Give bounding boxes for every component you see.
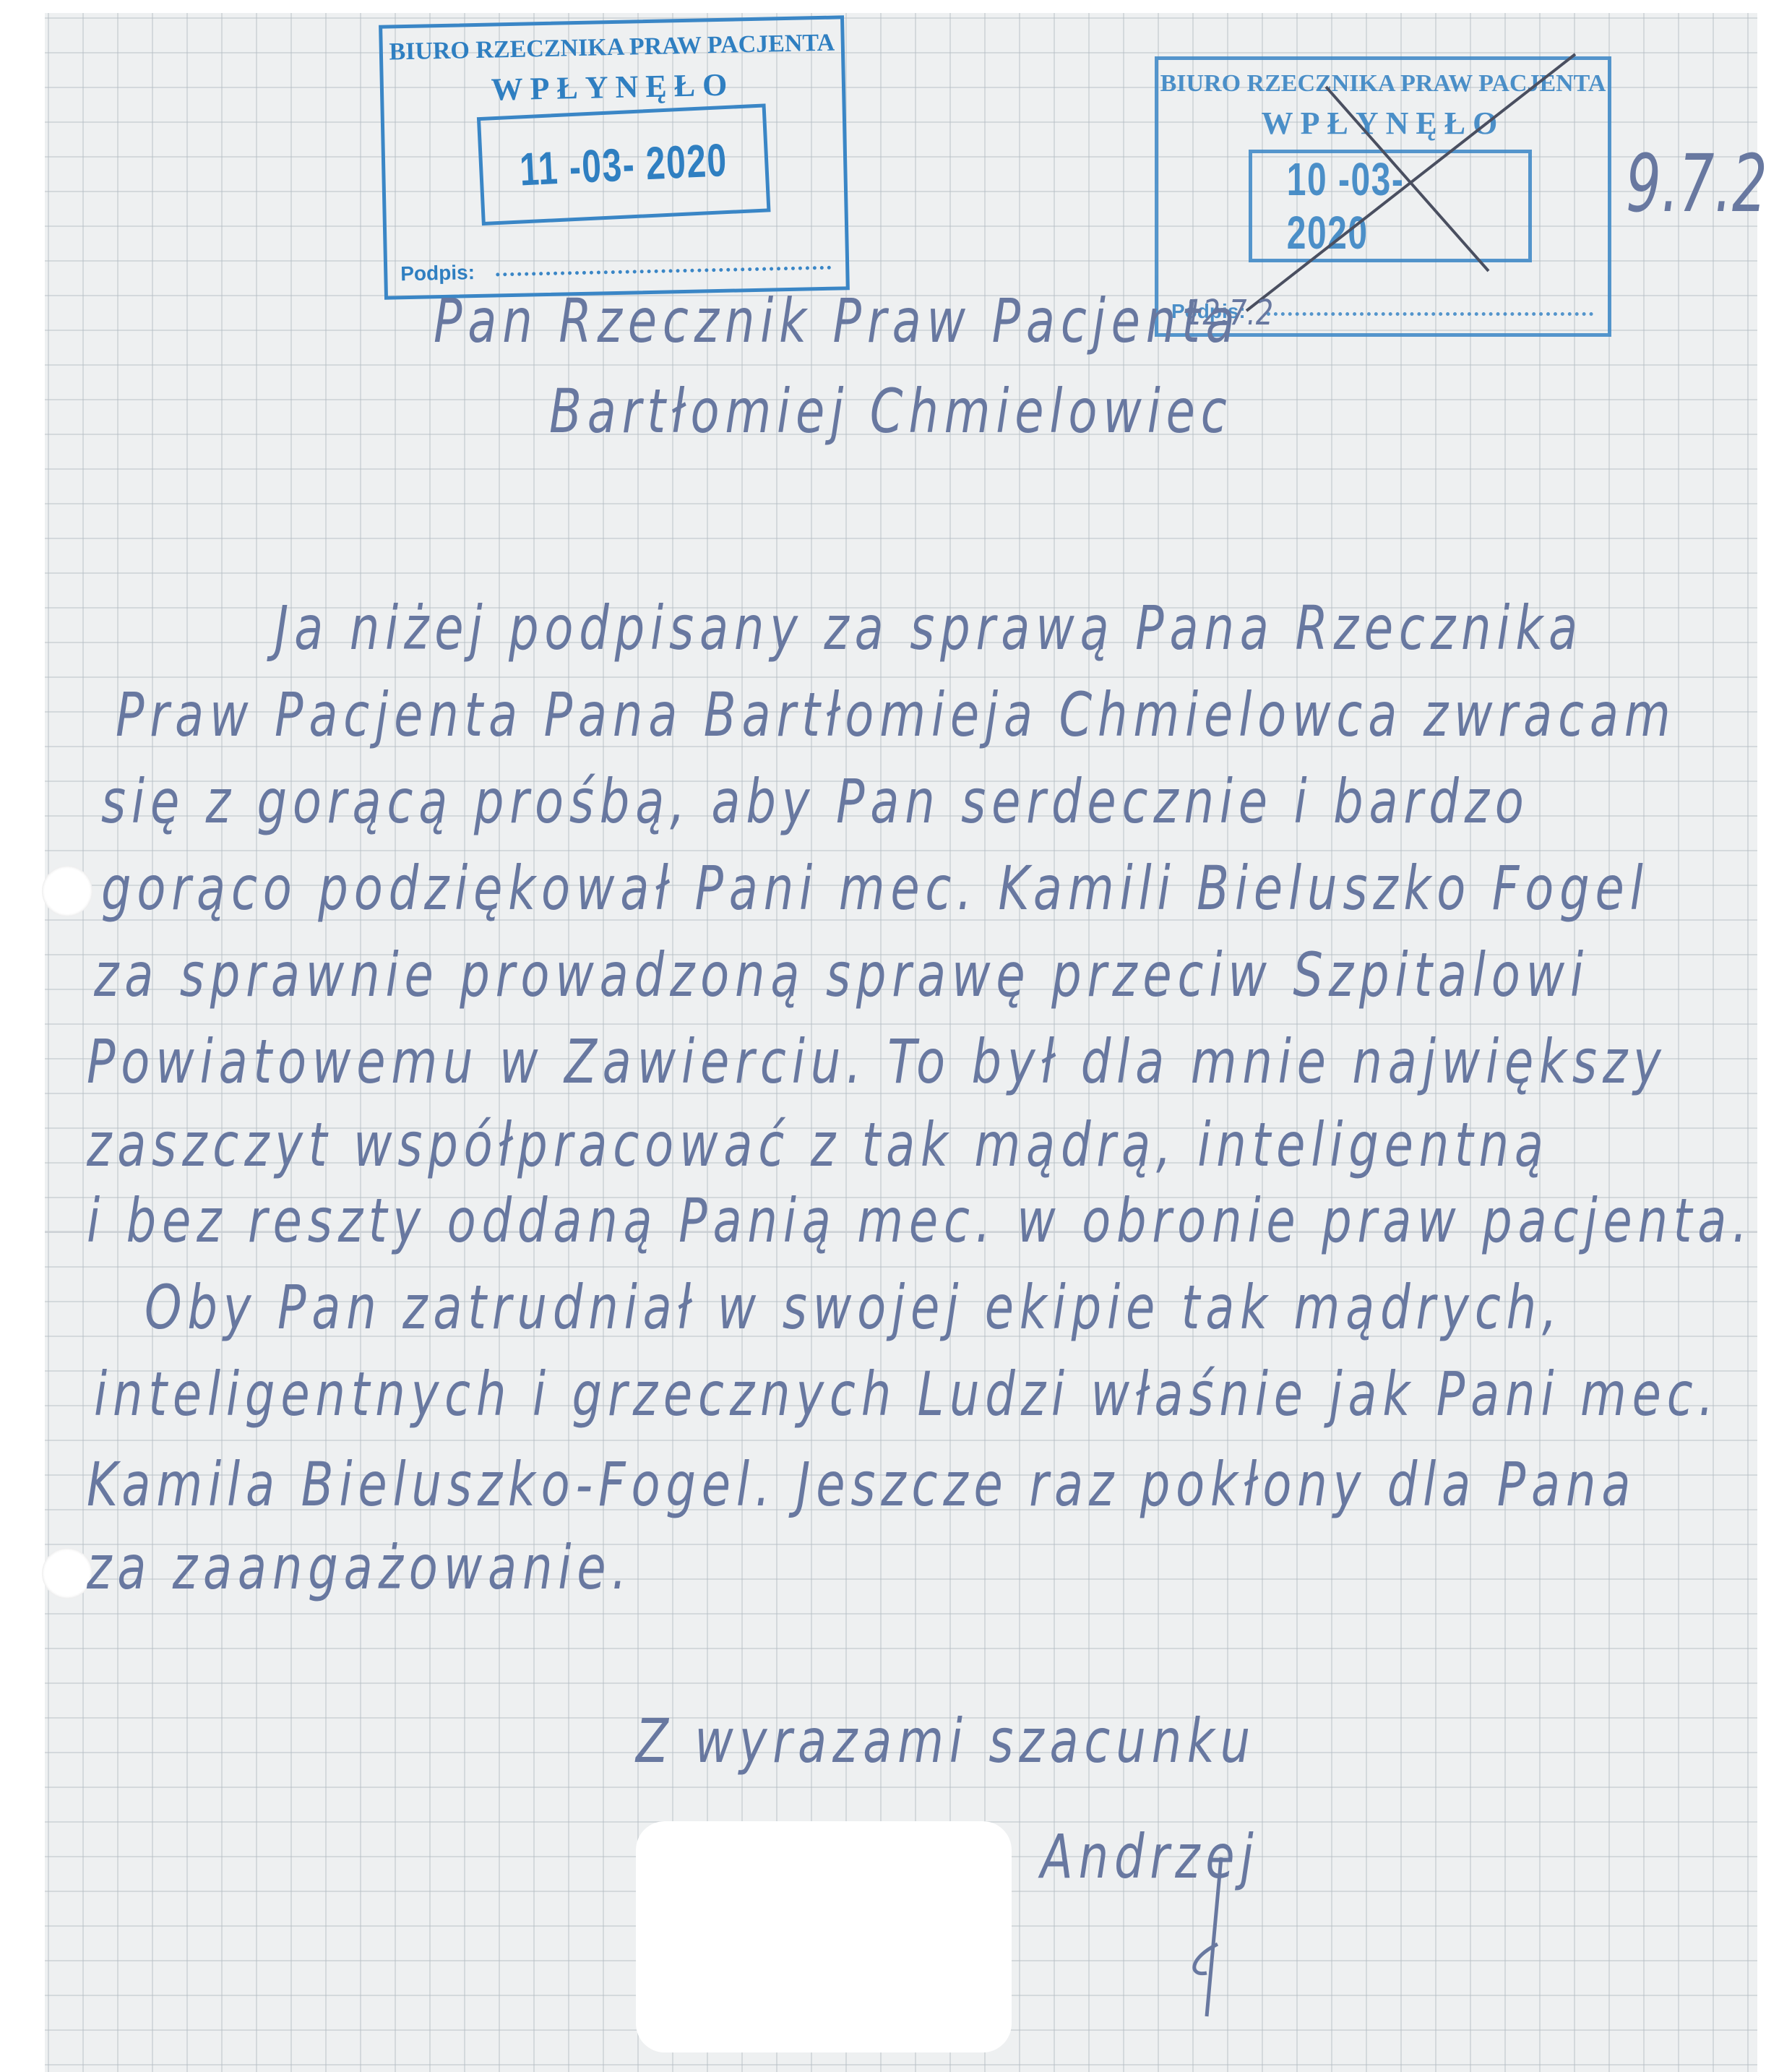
body-line-11: Kamila Bieluszko-Fogel. Jeszcze raz pokł… [87, 1449, 1636, 1520]
stamp-signature-line [1267, 312, 1593, 316]
punch-hole-top [42, 866, 92, 916]
body-line-9: Oby Pan zatrudniał w swojej ekipie tak m… [145, 1272, 1563, 1343]
body-line-6: Powiatowemu w Zawierciu. To był dla mnie… [87, 1026, 1667, 1097]
stamp-status: WPŁYNĘŁO [1158, 105, 1608, 142]
body-line-1: Ja niżej podpisany za sprawą Pana Rzeczn… [275, 593, 1583, 663]
stamp-organization: BIURO RZECZNIKA PRAW PACJENTA [1158, 70, 1608, 98]
body-line-2: Praw Pacjenta Pana Bartłomieja Chmielowc… [116, 679, 1676, 750]
stamp-status: WPŁYNĘŁO [383, 64, 842, 110]
received-stamp-primary: BIURO RZECZNIKA PRAW PACJENTA WPŁYNĘŁO 1… [379, 15, 850, 299]
closing-salutation: Z wyrazami szacunku [636, 1706, 1256, 1776]
body-line-7: zaszczyt współpracować z tak mądrą, inte… [87, 1109, 1549, 1180]
body-line-8: i bez reszty oddaną Panią mec. w obronie… [87, 1185, 1753, 1256]
stamp-organization: BIURO RZECZNIKA PRAW PACJENTA [382, 29, 841, 66]
address-line-1: Pan Rzecznik Praw Pacjenta [434, 285, 1241, 356]
stamp-date-box: 11 -03- 2020 [477, 103, 771, 225]
signature-flourish-icon [1185, 1850, 1243, 2024]
redacted-surname [636, 1821, 1012, 2052]
stamp-date: 10 -03- 2020 [1287, 152, 1494, 259]
stamp-date: 11 -03- 2020 [519, 133, 729, 196]
handwritten-annotation: 9.7.2 [1626, 137, 1767, 230]
body-line-3: się z gorącą prośbą, aby Pan serdecznie … [101, 766, 1530, 837]
body-line-5: za sprawnie prowadzoną sprawę przeciw Sz… [94, 940, 1589, 1010]
body-line-4: gorąco podziękował Pani mec. Kamili Biel… [101, 853, 1649, 924]
stamp-signature-line [496, 266, 831, 277]
body-line-10: inteligentnych i grzecznych Ludzi właśni… [94, 1359, 1719, 1430]
punch-hole-bottom [42, 1548, 92, 1599]
stamp-signature-label: Podpis: [400, 261, 475, 285]
body-line-12: za zaangażowanie. [87, 1532, 632, 1603]
address-line-2: Bartłomiej Chmielowiec [549, 376, 1233, 447]
stamp-date-box: 10 -03- 2020 [1249, 150, 1532, 262]
